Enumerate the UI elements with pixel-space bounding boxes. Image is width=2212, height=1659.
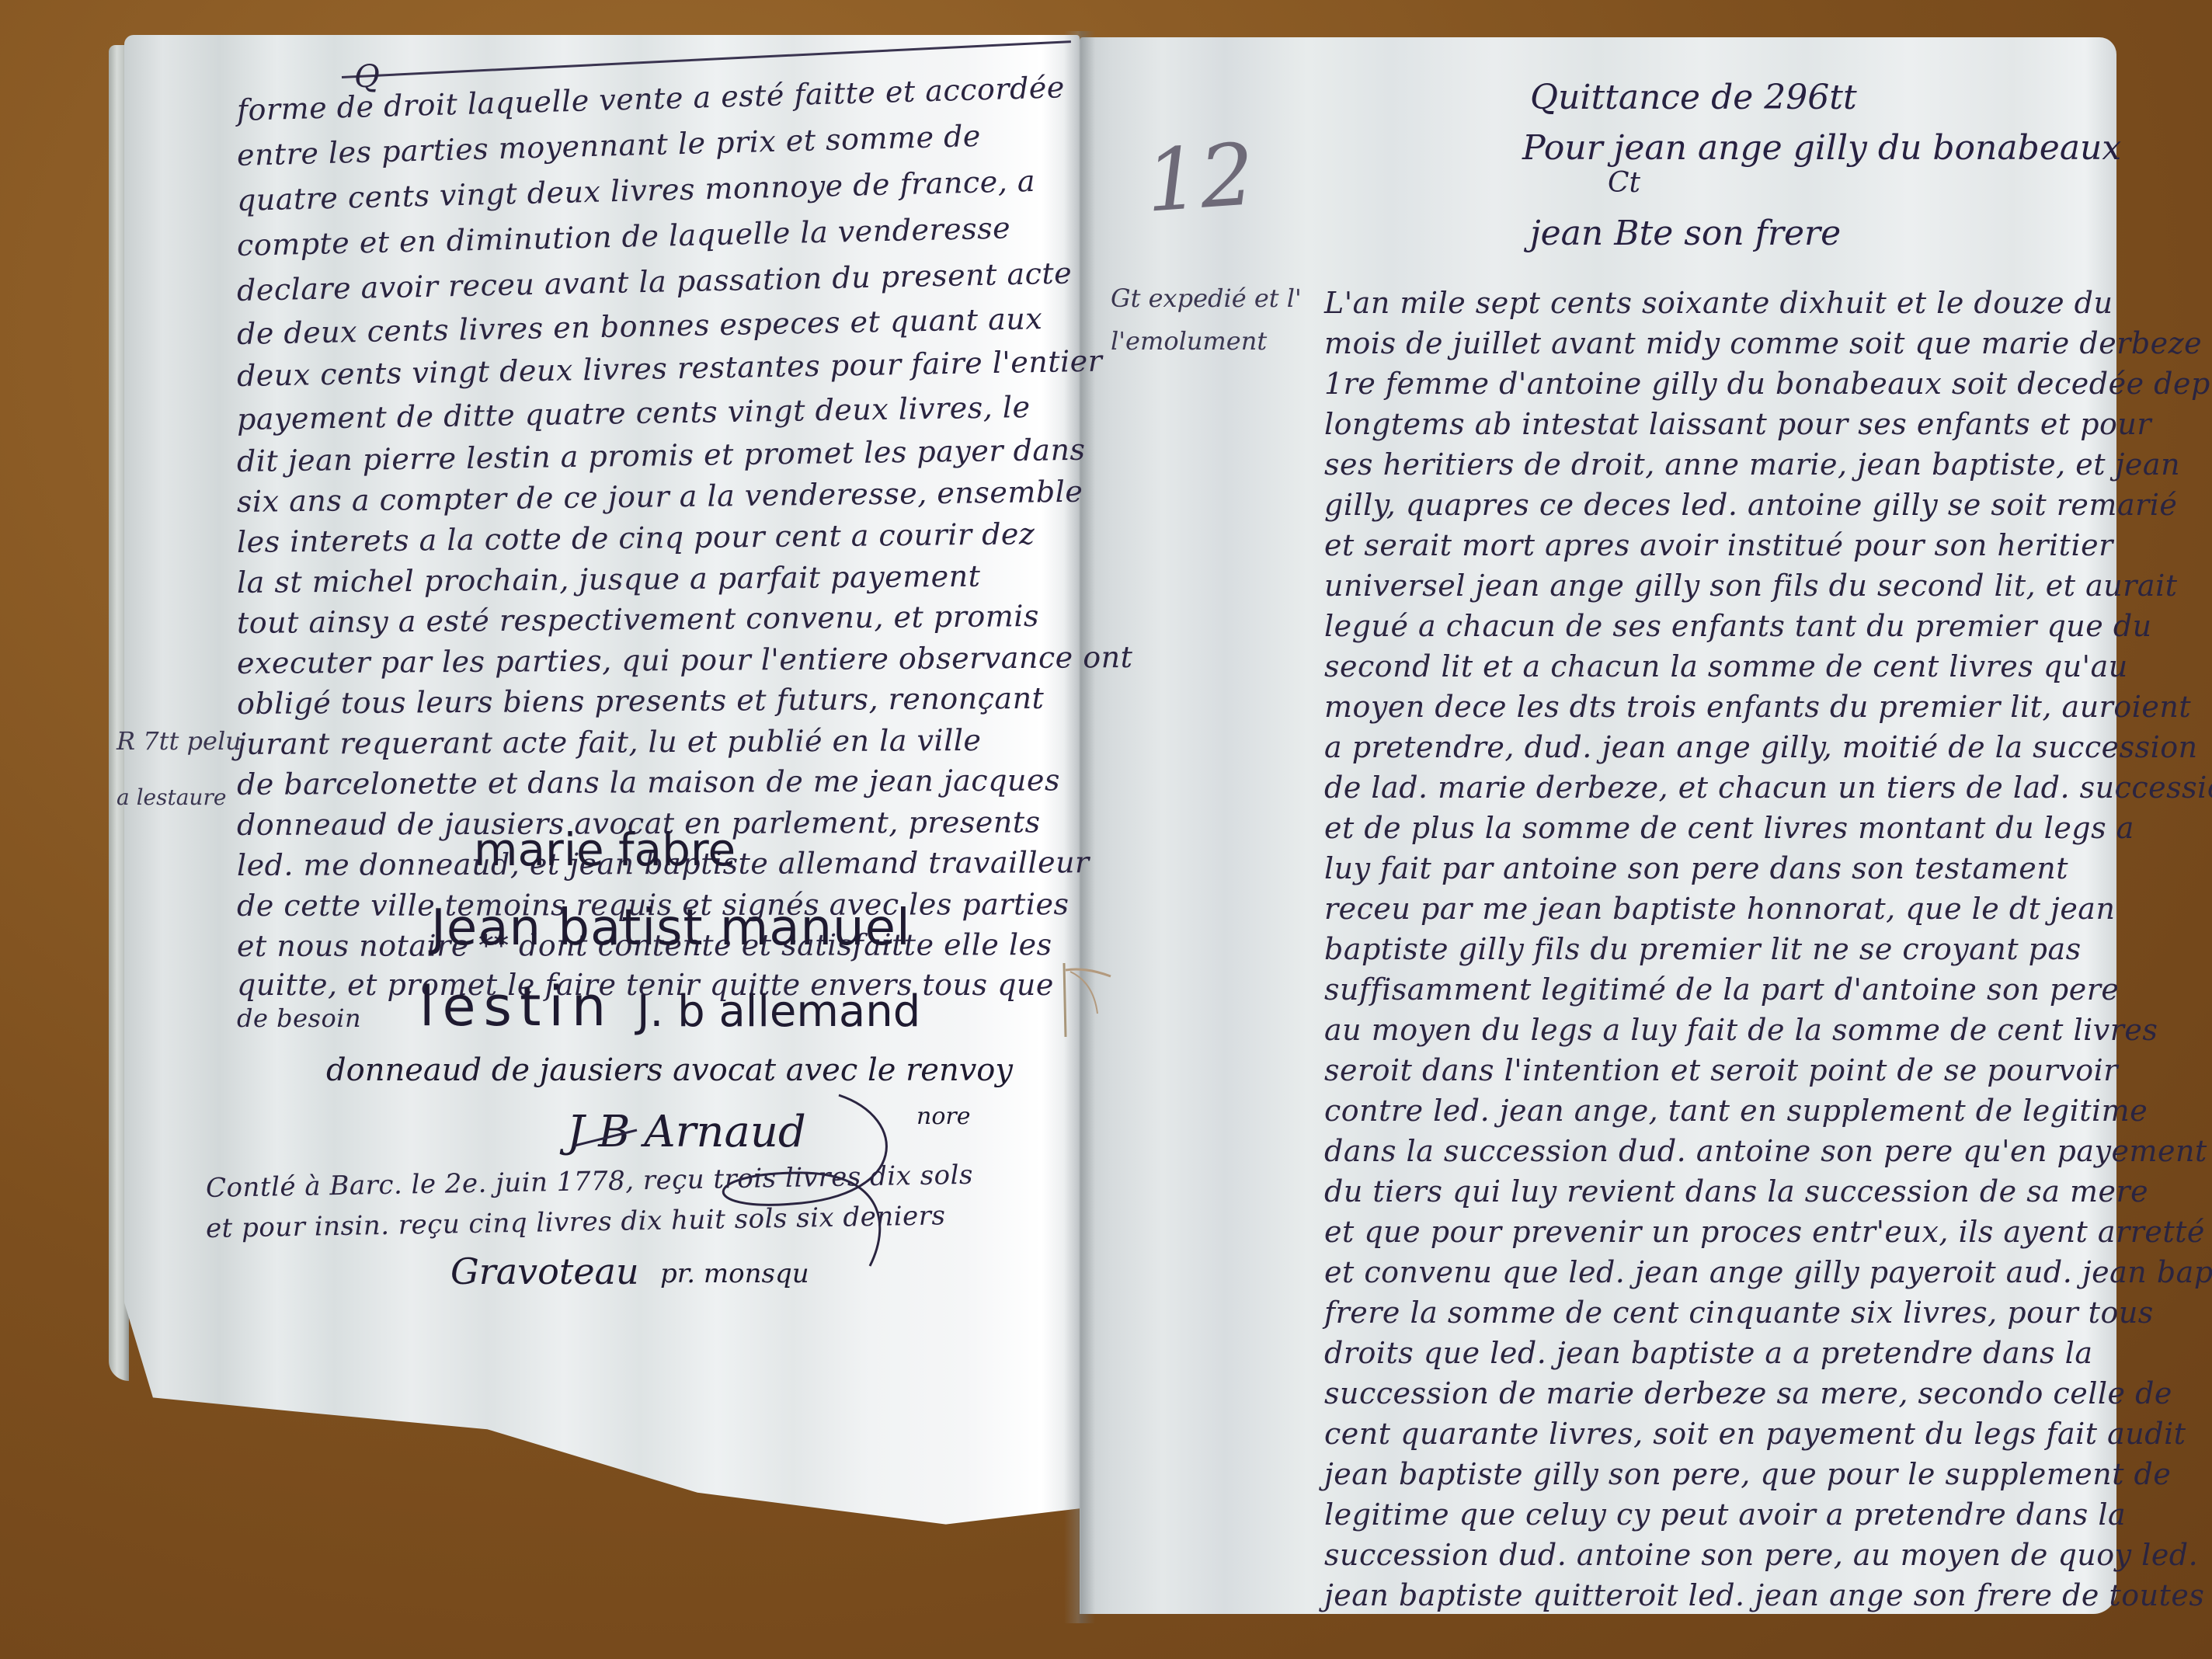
text-line: luy fait par antoine son pere dans son t… [1324, 851, 2068, 885]
text-line: tout ainsy a esté respectivement convenu… [237, 599, 1039, 640]
text-line: au moyen du legs a luy fait de la somme … [1324, 1013, 2158, 1047]
text-line: gilly, quapres ce deces led. antoine gil… [1324, 488, 2177, 522]
text-line: et serait mort apres avoir institué pour… [1324, 528, 2113, 562]
heading-line: Pour jean ange gilly du bonabeaux [1522, 128, 2121, 168]
text-line: la st michel prochain, jusque a parfait … [237, 559, 981, 600]
text-line: universel jean ange gilly son fils du se… [1324, 569, 2178, 603]
text-line: cent quarante livres, soit en payement d… [1324, 1417, 2186, 1451]
text-line: 1re femme d'antoine gilly du bonabeaux s… [1324, 367, 2212, 401]
text-line: a pretendre, dud. jean ange gilly, moiti… [1324, 730, 2198, 764]
margin-note-receipt: R 7tt pelu [117, 726, 242, 756]
open-register-book: Q forme de droit laquelle vente a esté f… [0, 0, 2212, 1659]
text-line: succession dud. antoine son pere, au moy… [1324, 1538, 2198, 1572]
text-line: du tiers qui luy revient dans la success… [1324, 1174, 2148, 1209]
text-line: et que pour prevenir un proces entr'eux,… [1324, 1215, 2205, 1249]
text-line: jean baptiste gilly son pere, que pour l… [1324, 1457, 2171, 1491]
text-line: seroit dans l'intention et seroit point … [1324, 1053, 2118, 1087]
margin-note-expedie: Gt expedié et l' [1111, 283, 1302, 313]
control-clerk-signature: Gravoteau [450, 1250, 639, 1292]
text-line: longtems ab intestat laissant pour ses e… [1324, 407, 2151, 441]
text-line: ses heritiers de droit, anne marie, jean… [1324, 447, 2180, 482]
text-line: obligé tous leurs biens presents et futu… [237, 681, 1045, 721]
heading-title: Quittance de 296tt [1530, 78, 1857, 117]
binding-thread [1063, 959, 1117, 1045]
heading-line: Ct [1608, 167, 1640, 199]
text-line: second lit et a chacun la somme de cent … [1324, 649, 2128, 683]
text-line: de barcelonette et dans la maison de me … [237, 763, 1060, 802]
text-line: moyen dece les dts trois enfants du prem… [1324, 690, 2191, 724]
text-line: contre led. jean ange, tant en supplemen… [1324, 1094, 2148, 1128]
text-line: frere la somme de cent cinquante six liv… [1324, 1296, 2154, 1330]
text-line: legué a chacun de ses enfants tant du pr… [1324, 609, 2152, 643]
text-line: jurant requerant acte fait, lu et publié… [237, 723, 982, 761]
text-line: legitime que celuy cy peut avoir a prete… [1324, 1497, 2126, 1532]
text-line: succession de marie derbeze sa mere, sec… [1324, 1376, 2172, 1410]
text-line: L'an mile sept cents soixante dixhuit et… [1324, 286, 2113, 320]
text-line: receu par me jean baptiste honnorat, que… [1324, 892, 2115, 926]
signature-donneaud: donneaud de jausiers avocat avec le renv… [326, 1052, 1013, 1088]
signature-jean-batist-manuel: Jean batist manuel [431, 899, 911, 957]
text-line: droits que led. jean baptiste a a preten… [1324, 1336, 2093, 1370]
signature-lestin: lestin [419, 975, 614, 1038]
text-line: et de plus la somme de cent livres monta… [1324, 811, 2134, 845]
text-line: suffisamment legitimé de la part d'antoi… [1324, 972, 2119, 1007]
control-clerk-title: pr. monsqu [660, 1258, 809, 1289]
text-line: jean baptiste quitteroit led. jean ange … [1324, 1578, 2204, 1612]
text-line: baptiste gilly fils du premier lit ne se… [1324, 932, 2082, 966]
heading-line: jean Bte son frere [1530, 214, 1841, 253]
signature-marie-fabre: marie fabre [474, 823, 736, 876]
text-line: executer par les parties, qui pour l'ent… [237, 640, 1133, 680]
text-line: de besoin [237, 1003, 361, 1033]
text-line: mois de juillet avant midy comme soit qu… [1324, 326, 2202, 360]
text-line: et convenu que led. jean ange gilly paye… [1324, 1255, 2212, 1289]
text-line: de lad. marie derbeze, et chacun un tier… [1324, 770, 2212, 805]
page-number: 12 [1143, 124, 1258, 231]
margin-note-emolument: l'emolument [1111, 326, 1267, 356]
margin-note-name: a lestaure [117, 784, 226, 810]
signature-allemand: J. b allemand [637, 986, 920, 1037]
text-line: dans la succession dud. antoine son pere… [1324, 1134, 2207, 1168]
